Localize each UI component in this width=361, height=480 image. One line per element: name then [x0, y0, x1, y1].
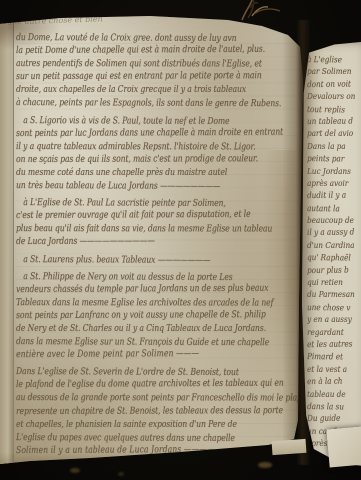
manuscript-paragraph: a St. Philippe de Nery on voit au dessus…	[16, 270, 302, 362]
manuscript-line: on ne sçais pas de qui ils sont, mais c'…	[16, 152, 245, 166]
facing-page-line-fragment: dont on voit	[307, 78, 357, 91]
manuscript-line: droite, aux chapelles de la Croix grecqu…	[16, 83, 245, 96]
facing-page-line-fragment: après avoir	[307, 178, 357, 190]
manuscript-line: du mesme coté dans une chapelle près du …	[16, 166, 245, 179]
manuscript-line: la petit Dome d'une chapelle qui est à m…	[16, 43, 245, 57]
manuscript-line: au dessous de la grande porte sont peint…	[16, 391, 245, 404]
facing-page-line-fragment: et la vest a	[307, 364, 357, 376]
under-page-corner	[272, 439, 307, 455]
manuscript-paragraph: a S. Ligorio vis à vis de S. Paul, toute…	[16, 114, 302, 193]
manuscript-paragraph: Dans L'eglise de St. Severin de L'ordre …	[16, 365, 302, 457]
binding-threads-icon	[222, 0, 286, 24]
manuscript-line: un très beau tableau de Luca Jordans ———…	[16, 179, 245, 193]
facing-page-line-fragment: et les autres	[307, 338, 357, 351]
manuscript-line: sont peints par Lanfranc on y voit aussy…	[16, 308, 245, 322]
manuscript-line: vendeurs chassés du temple par luca Jord…	[16, 281, 245, 295]
manuscript-paragraph: du Dome, La vouté de la Croix gree. dont…	[16, 31, 302, 110]
facing-page-line-fragment: par Solimen	[307, 66, 357, 78]
facing-page-edge: à L'eglisepar Solimendont on voitDevalou…	[302, 42, 361, 466]
manuscript-line: de Nery et de St. Charles ou il y a Cinq…	[16, 322, 245, 335]
manuscript-line: il y a quatre tableaux admirables Repsnt…	[16, 140, 245, 153]
manuscript-paragraph: a St. Laurens plus. beaux Tableaux —————…	[16, 253, 302, 266]
manuscript-line: c'est le premier ouvrage qu'il ait fait …	[16, 208, 245, 222]
facing-page-line-fragment: autant la	[307, 203, 357, 216]
facing-page-line-fragment: du Parmesan	[307, 289, 357, 301]
manuscript-photo: une autre chose et bien du Dome, La vout…	[0, 0, 361, 480]
facing-page-line-fragment: y en a aussy	[307, 314, 357, 326]
facing-page-line-fragment: qu' Raphaël	[307, 252, 357, 265]
facing-page-line-fragment: regardant	[307, 327, 357, 339]
manuscript-line: Tableaux dans la mesme Eglise les archiv…	[16, 296, 245, 309]
facing-page-line-fragment: il y a aussy d	[307, 227, 357, 240]
facing-page-line-fragment: part del avio	[307, 128, 357, 140]
facing-page-line-fragment: une chose v	[307, 302, 357, 315]
facing-page-line-fragment: dudit il y a	[307, 190, 357, 203]
facing-page-line-fragment: Dans la pa	[307, 141, 357, 153]
facing-page-line-fragment: en à la ch	[307, 376, 357, 389]
facing-page-line-fragment: Luc Jordans	[307, 166, 357, 178]
facing-page-line-fragment: Devalours on	[307, 91, 357, 103]
manuscript-line: entière avec le Dome peint par Solimen —…	[16, 347, 245, 361]
facing-page-line-fragment: pour plus b	[307, 264, 357, 277]
facing-page-line-fragment: à L'eglise	[307, 54, 357, 67]
manuscript-line: sont peints par luc Jordans dans une cha…	[16, 125, 245, 139]
facing-page-line-fragment: Du guide	[307, 413, 357, 426]
paper-fragment	[258, 462, 272, 468]
paper-fragment	[70, 468, 80, 473]
manuscript-line: a St. Laurens plus. beaux Tableaux —————…	[16, 253, 245, 267]
manuscript-paragraph: à L'Eglise de St. Paul La sacristie pein…	[16, 196, 302, 248]
manuscript-line: sur un petit passage qui est en entrant …	[16, 69, 245, 83]
manuscript-text: du Dome, La vouté de la Croix gree. dont…	[16, 31, 302, 461]
facing-page-line-fragment: un tableau d	[307, 115, 357, 128]
facing-page-line-fragment: d'un Cardina	[307, 240, 357, 252]
facing-page-line-fragment: tableau de	[307, 389, 357, 401]
manuscript-line: de Luca Jordans ——————————	[16, 235, 245, 249]
facing-page-corner	[326, 427, 361, 468]
manuscript-left-page: une autre chose et bien du Dome, La vout…	[0, 0, 308, 480]
facing-page-line-fragment: peints par	[307, 153, 357, 166]
facing-page-text: à L'eglisepar Solimendont on voitDevalou…	[307, 54, 361, 451]
manuscript-line: represente un chapitre de St. Benoist, l…	[16, 404, 245, 418]
manuscript-line: le plafond de l'eglise du dome quatre ar…	[16, 377, 245, 391]
facing-page-line-fragment: Pimard et	[307, 351, 357, 364]
manuscript-line: et chapelles, le phanisien la sainte exp…	[16, 418, 245, 431]
facing-page-line-fragment: qui retien	[307, 277, 357, 289]
manuscript-line: à chacune, peints par les Espagnols, ils…	[16, 96, 245, 110]
page-stack-edge	[0, 18, 14, 466]
faint-marginal-note: une autre chose et bien	[7, 14, 103, 26]
paper-fragment	[118, 472, 124, 476]
